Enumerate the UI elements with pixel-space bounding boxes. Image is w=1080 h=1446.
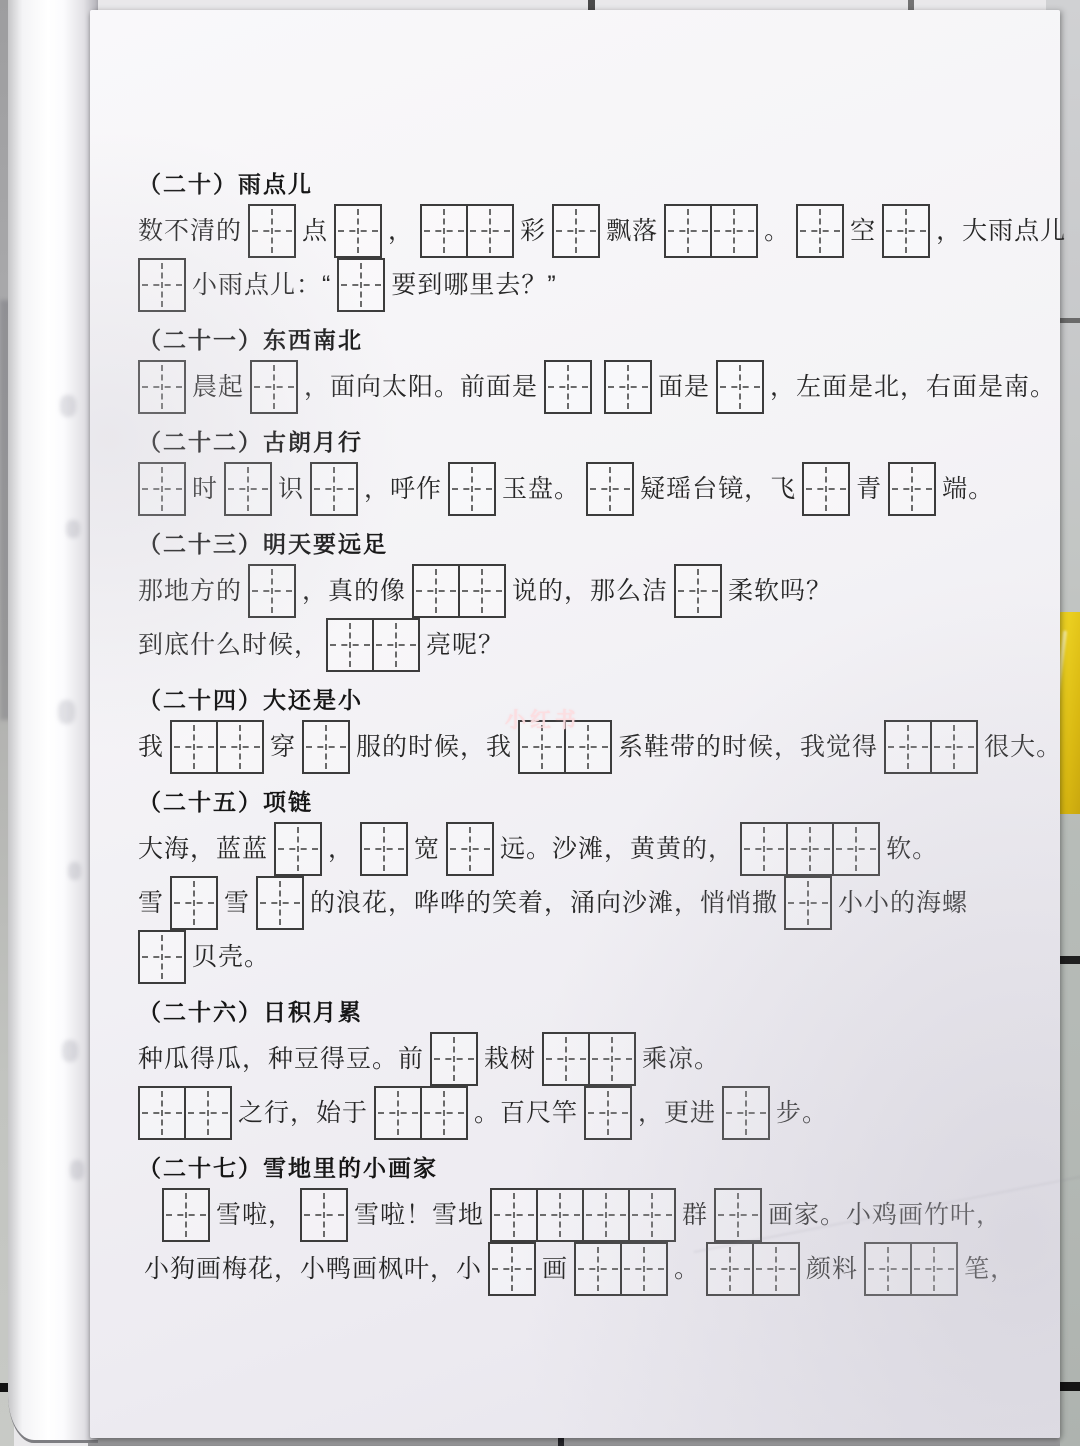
answer-box-group xyxy=(337,258,385,312)
line-text: 彩 xyxy=(520,216,546,246)
answer-box-group xyxy=(326,618,420,672)
answer-box-cell xyxy=(666,206,710,256)
answer-box-cell xyxy=(786,878,830,928)
bleed-through-smudge xyxy=(62,1040,78,1062)
line-text: 系鞋带的时候，我觉得 xyxy=(618,732,878,762)
worksheet-section: （二十三）明天要远足那地方的，真的像说的，那么洁柔软吗？到底什么时候，亮呢？ xyxy=(138,530,1008,672)
worksheet-line: 种瓜得瓜，种豆得豆。前栽树乘凉。 xyxy=(138,1032,1008,1086)
worksheet-line: 之行，始于。百尺竿，更进步。 xyxy=(138,1086,1008,1140)
answer-box-cell xyxy=(276,824,320,874)
answer-box-cell xyxy=(606,362,650,412)
worksheet-line: 那地方的，真的像说的，那么洁柔软吗？ xyxy=(138,564,1008,618)
answer-box-group xyxy=(360,822,408,876)
bleed-through-smudge xyxy=(70,1160,84,1180)
worksheet-line: 大海，蓝蓝，宽远。沙滩，黄黄的，软。 xyxy=(138,822,1008,876)
indent-space xyxy=(138,1215,156,1216)
answer-box-group xyxy=(420,204,514,258)
answer-box-cell xyxy=(302,1190,346,1240)
line-text: 说的，那么洁 xyxy=(512,576,668,606)
answer-box-cell xyxy=(432,1034,476,1084)
answer-box-group xyxy=(374,1086,468,1140)
worksheet-section: （二十六）日积月累种瓜得瓜，种豆得豆。前栽树乘凉。之行，始于。百尺竿，更进步。 xyxy=(138,998,1008,1140)
answer-box-group xyxy=(162,1188,210,1242)
answer-box-group xyxy=(664,204,758,258)
answer-box-group xyxy=(248,564,296,618)
answer-box-group xyxy=(302,720,350,774)
answer-box-cell xyxy=(250,566,294,616)
line-text: 点 xyxy=(302,216,328,246)
line-text: 远。沙滩，黄黄的， xyxy=(500,834,734,864)
answer-box-group xyxy=(796,204,844,258)
line-text: 种瓜得瓜，种豆得豆。前 xyxy=(138,1044,424,1074)
answer-box-group xyxy=(864,1242,958,1296)
answer-box-cell xyxy=(448,824,492,874)
line-text: 小雨点儿：“ xyxy=(192,270,331,300)
line-text: 大海，蓝蓝 xyxy=(138,834,268,864)
worksheet-section: （二十一）东西南北晨起，面向太阳。前面是面是，左面是北，右面是南。 xyxy=(138,326,1008,414)
line-text: 空 xyxy=(850,216,876,246)
answer-box-cell xyxy=(786,824,832,874)
line-text: 乘凉。 xyxy=(642,1044,720,1074)
line-text: 。 xyxy=(764,216,790,246)
line-text: 贝壳。 xyxy=(192,942,270,972)
line-text: 很大。 xyxy=(984,732,1062,762)
answer-box-cell xyxy=(724,1088,768,1138)
line-text: 端。 xyxy=(942,474,994,504)
answer-box-cell xyxy=(710,206,756,256)
line-text: 我 xyxy=(138,732,164,762)
bleed-through-smudge xyxy=(60,395,76,417)
answer-box-group xyxy=(714,1188,762,1242)
line-text: ，大雨点儿 xyxy=(936,216,1066,246)
line-text: 飘落 xyxy=(606,216,658,246)
section-title: （二十三）明天要远足 xyxy=(138,530,1008,558)
answer-box-group xyxy=(888,462,936,516)
answer-box-cell xyxy=(536,1190,582,1240)
line-text: 雪啦， xyxy=(216,1200,294,1230)
line-text: 亮呢？ xyxy=(426,630,504,660)
line-text: 那地方的 xyxy=(138,576,242,606)
answer-box-group xyxy=(722,1086,770,1140)
answer-box-group xyxy=(300,1188,348,1242)
line-text: ，真的像 xyxy=(302,576,406,606)
worksheet-line: 晨起，面向太阳。前面是面是，左面是北，右面是南。 xyxy=(138,360,1008,414)
section-title: （二十五）项链 xyxy=(138,788,1008,816)
answer-box-cell xyxy=(582,1190,628,1240)
answer-box-group xyxy=(250,360,298,414)
answer-box-cell xyxy=(588,1034,634,1084)
answer-box-cell xyxy=(339,260,383,310)
answer-box-group xyxy=(334,204,382,258)
section-title: （二十七）雪地里的小画家 xyxy=(138,1154,1008,1182)
line-text: 。百尺竿 xyxy=(474,1098,578,1128)
answer-box-cell xyxy=(832,824,878,874)
answer-box-cell xyxy=(420,1088,466,1138)
answer-box-cell xyxy=(252,362,296,412)
line-text: 时 xyxy=(192,474,218,504)
answer-box-group xyxy=(574,1242,668,1296)
answer-box-cell xyxy=(172,722,216,772)
answer-box-cell xyxy=(910,1244,956,1294)
answer-box-cell xyxy=(376,1088,420,1138)
answer-box-cell xyxy=(718,362,762,412)
worksheet-line: 到底什么时候，亮呢？ xyxy=(138,618,1008,672)
section-title: （二十）雨点儿 xyxy=(138,170,1008,198)
line-text: ，呼作 xyxy=(364,474,442,504)
answer-box-cell xyxy=(216,722,262,772)
answer-box-group xyxy=(274,822,322,876)
line-text: ，左面是北，右面是南。 xyxy=(770,372,1056,402)
watermark: 小红书 xyxy=(505,704,580,734)
answer-box-group xyxy=(446,822,494,876)
bleed-through-smudge xyxy=(68,862,81,880)
line-text: 。 xyxy=(674,1254,700,1284)
answer-box-cell xyxy=(890,464,934,514)
answer-box-cell xyxy=(140,932,184,982)
line-text: 疑瑶台镜，飞 xyxy=(640,474,796,504)
line-text: 颜料 xyxy=(806,1254,858,1284)
answer-box-cell xyxy=(544,1034,588,1084)
answer-box-cell xyxy=(258,878,302,928)
answer-box-group xyxy=(488,1242,536,1296)
line-text: 的浪花，哗哗的笑着，涌向沙滩，悄悄撒 xyxy=(310,888,778,918)
answer-box-cell xyxy=(804,464,848,514)
answer-box-group xyxy=(248,204,296,258)
answer-box-group xyxy=(604,360,652,414)
answer-box-cell xyxy=(312,464,356,514)
section-title: （二十二）古朗月行 xyxy=(138,428,1008,456)
line-text: 穿 xyxy=(270,732,296,762)
answer-box-cell xyxy=(620,1244,666,1294)
answer-box-group xyxy=(586,462,634,516)
line-text: 识 xyxy=(278,474,304,504)
worksheet-line: 贝壳。 xyxy=(138,930,1008,984)
answer-box-group xyxy=(884,720,978,774)
answer-box-group xyxy=(490,1188,676,1242)
line-text: 小小的海螺 xyxy=(838,888,968,918)
answer-box-cell xyxy=(708,1244,752,1294)
worksheet-line: 数不清的点，彩飘落。空，大雨点儿 xyxy=(138,204,1008,258)
line-text: ，更进 xyxy=(638,1098,716,1128)
tile-grout-line xyxy=(1058,318,1080,323)
line-text: 雪 xyxy=(224,888,250,918)
answer-box-group xyxy=(138,462,186,516)
answer-box-group xyxy=(674,564,722,618)
answer-box-cell xyxy=(884,206,928,256)
answer-box-cell xyxy=(140,260,184,310)
answer-box-group xyxy=(802,462,850,516)
bleed-through-smudge xyxy=(58,700,75,724)
answer-box-group xyxy=(542,1032,636,1086)
answer-box-group xyxy=(740,822,880,876)
answer-box-group xyxy=(716,360,764,414)
line-text: 软。 xyxy=(886,834,938,864)
line-text: ， xyxy=(388,216,414,246)
answer-box-cell xyxy=(676,566,720,616)
answer-box-group xyxy=(170,720,264,774)
answer-box-cell xyxy=(588,464,632,514)
line-text: 数不清的 xyxy=(138,216,242,246)
answer-box-cell xyxy=(886,722,930,772)
answer-box-group xyxy=(138,258,186,312)
answer-box-group xyxy=(706,1242,800,1296)
worksheet-line: 小雨点儿：“要到哪里去？” xyxy=(138,258,1008,312)
answer-box-group xyxy=(784,876,832,930)
answer-box-cell xyxy=(576,1244,620,1294)
answer-box-group xyxy=(544,360,592,414)
line-text: 雪 xyxy=(138,888,164,918)
worksheet-line: 小狗画梅花，小鸭画枫叶，小画。颜料笔， xyxy=(138,1242,1008,1296)
answer-box-cell xyxy=(930,722,976,772)
answer-box-group xyxy=(448,462,496,516)
line-text: 青 xyxy=(856,474,882,504)
line-text: 笔， xyxy=(964,1254,1016,1284)
line-text: 到底什么时候， xyxy=(138,630,320,660)
line-text: 群 xyxy=(682,1200,708,1230)
line-text: 步。 xyxy=(776,1098,828,1128)
answer-box-cell xyxy=(450,464,494,514)
answer-box-cell xyxy=(304,722,348,772)
answer-box-cell xyxy=(752,1244,798,1294)
answer-box-cell xyxy=(492,1190,536,1240)
answer-box-cell xyxy=(466,206,512,256)
line-text: 面是 xyxy=(658,372,710,402)
worksheet-section: （二十二）古朗月行时识，呼作玉盘。疑瑶台镜，飞青端。 xyxy=(138,428,1008,516)
line-text: 玉盘。 xyxy=(502,474,580,504)
line-text: 宽 xyxy=(414,834,440,864)
line-text: 服的时候，我 xyxy=(356,732,512,762)
answer-box-cell xyxy=(866,1244,910,1294)
answer-box-cell xyxy=(172,878,216,928)
line-text: 之行，始于 xyxy=(238,1098,368,1128)
line-text: 小狗画梅花，小鸭画枫叶，小 xyxy=(144,1254,482,1284)
answer-box-cell xyxy=(490,1244,534,1294)
answer-box-cell xyxy=(458,566,504,616)
answer-box-group xyxy=(138,360,186,414)
line-text: 柔软吗？ xyxy=(728,576,832,606)
answer-box-cell xyxy=(140,1088,184,1138)
answer-box-group xyxy=(552,204,600,258)
answer-box-cell xyxy=(422,206,466,256)
bleed-through-smudge xyxy=(66,520,80,538)
worksheet-line: 时识，呼作玉盘。疑瑶台镜，飞青端。 xyxy=(138,462,1008,516)
line-text: 栽树 xyxy=(484,1044,536,1074)
answer-box-cell xyxy=(140,362,184,412)
line-text: 雪啦！雪地 xyxy=(354,1200,484,1230)
answer-box-cell xyxy=(716,1190,760,1240)
answer-box-group xyxy=(430,1032,478,1086)
answer-box-group xyxy=(138,1086,232,1140)
answer-box-cell xyxy=(414,566,458,616)
answer-box-cell xyxy=(336,206,380,256)
answer-box-cell xyxy=(546,362,590,412)
line-text: ，面向太阳。前面是 xyxy=(304,372,538,402)
worksheet-section: （二十）雨点儿数不清的点，彩飘落。空，大雨点儿小雨点儿：“要到哪里去？” xyxy=(138,170,1008,312)
curled-page-edge xyxy=(8,0,98,1443)
answer-box-group xyxy=(584,1086,632,1140)
answer-box-group xyxy=(882,204,930,258)
worksheet-section: （二十七）雪地里的小画家雪啦，雪啦！雪地群画家。小鸡画竹叶，小狗画梅花，小鸭画枫… xyxy=(138,1154,1008,1296)
answer-box-group xyxy=(256,876,304,930)
answer-box-group xyxy=(310,462,358,516)
worksheet-content: （二十）雨点儿数不清的点，彩飘落。空，大雨点儿小雨点儿：“要到哪里去？”（二十一… xyxy=(138,170,1008,1310)
answer-box-group xyxy=(170,876,218,930)
answer-box-cell xyxy=(164,1190,208,1240)
line-text: 晨起 xyxy=(192,372,244,402)
answer-box-cell xyxy=(586,1088,630,1138)
answer-box-cell xyxy=(554,206,598,256)
line-text: ， xyxy=(328,834,354,864)
line-text: 画 xyxy=(542,1254,568,1284)
answer-box-cell xyxy=(226,464,270,514)
answer-box-cell xyxy=(250,206,294,256)
line-text: 要到哪里去？” xyxy=(391,270,556,300)
answer-box-cell xyxy=(362,824,406,874)
answer-box-cell xyxy=(372,620,418,670)
section-title: （二十一）东西南北 xyxy=(138,326,1008,354)
photo-scene: （二十）雨点儿数不清的点，彩飘落。空，大雨点儿小雨点儿：“要到哪里去？”（二十一… xyxy=(0,0,1080,1446)
worksheet-line: 雪雪的浪花，哗哗的笑着，涌向沙滩，悄悄撒小小的海螺 xyxy=(138,876,1008,930)
section-title: （二十六）日积月累 xyxy=(138,998,1008,1026)
answer-box-group xyxy=(224,462,272,516)
answer-box-group xyxy=(138,930,186,984)
answer-box-group xyxy=(412,564,506,618)
answer-box-cell xyxy=(742,824,786,874)
answer-box-cell xyxy=(628,1190,674,1240)
worksheet-section: （二十五）项链大海，蓝蓝，宽远。沙滩，黄黄的，软。雪雪的浪花，哗哗的笑着，涌向沙… xyxy=(138,788,1008,984)
answer-box-cell xyxy=(184,1088,230,1138)
answer-box-cell xyxy=(328,620,372,670)
answer-box-cell xyxy=(798,206,842,256)
answer-box-cell xyxy=(140,464,184,514)
